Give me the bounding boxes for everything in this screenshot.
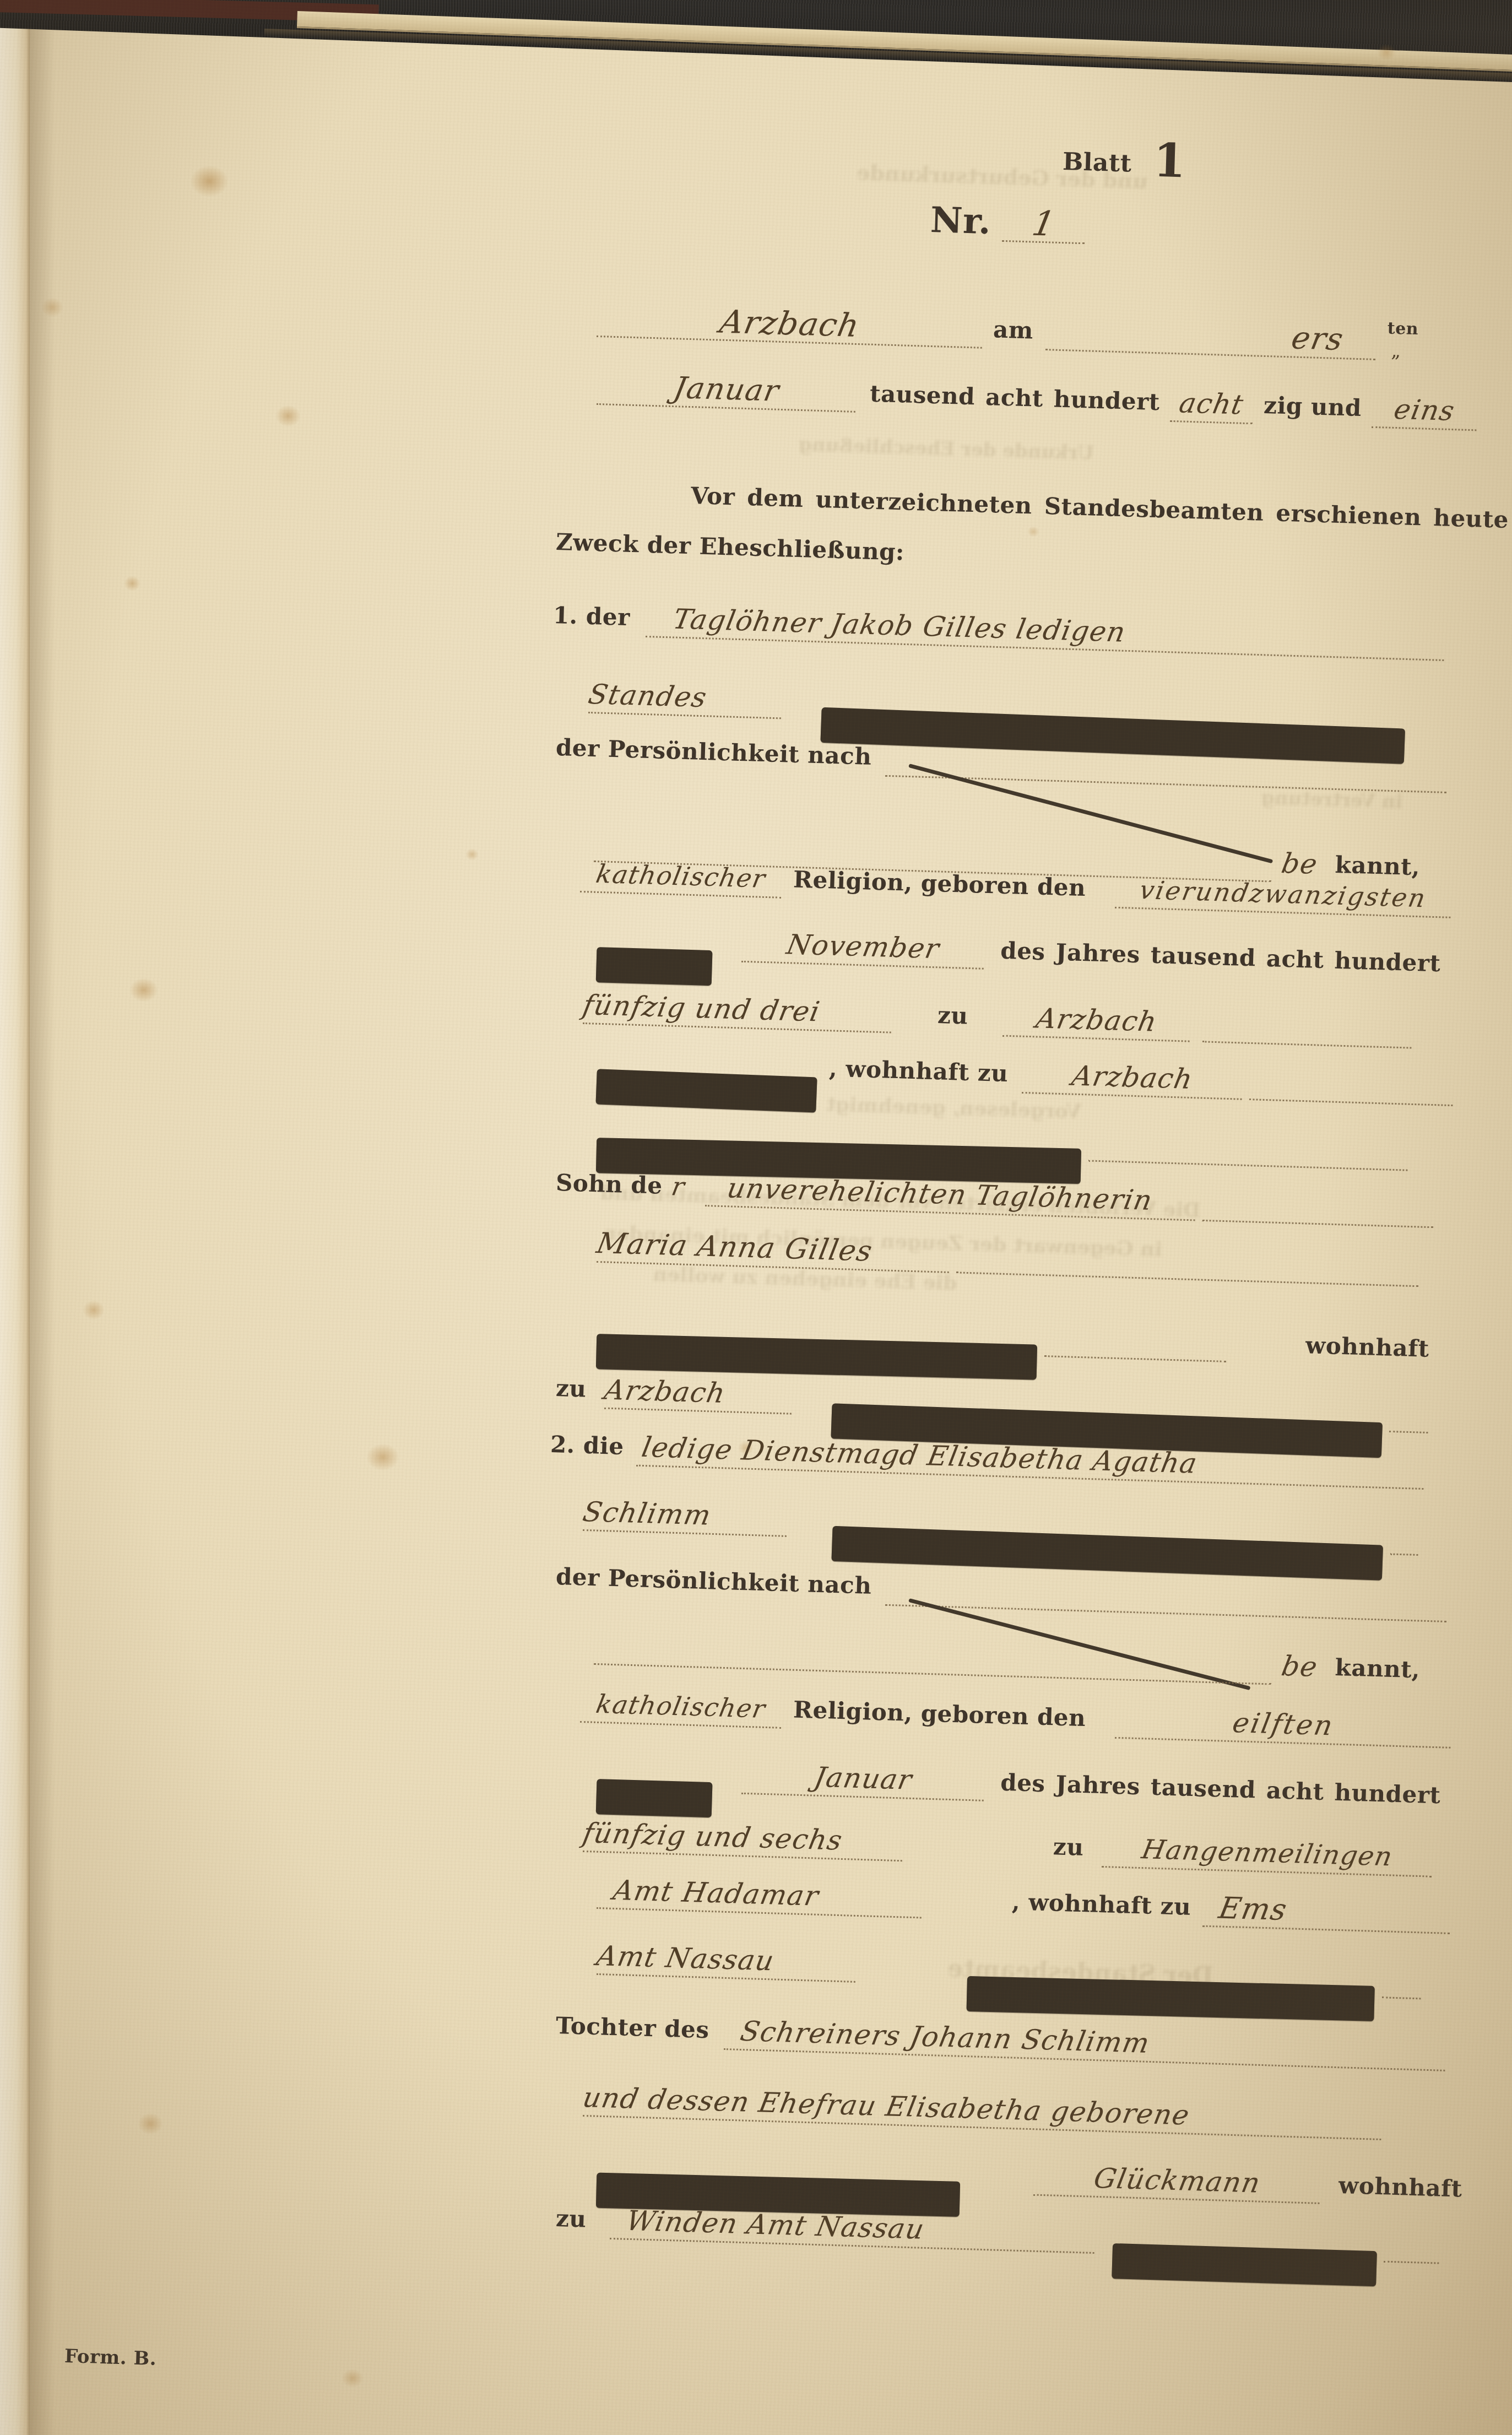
groom-mother-name-row: Maria Anna Gilles [597, 1226, 1420, 1285]
tochter-des-label: Tochter des [555, 2008, 709, 2048]
groom-mother-name: Maria Anna Gilles [594, 1226, 876, 1269]
persoenlichkeit-label: der Persönlichkeit nach [555, 1559, 872, 1604]
month-field: Januar [597, 368, 857, 413]
blank-leader [1044, 1320, 1227, 1362]
groom-birthyear-field: fünfzig und drei [583, 987, 892, 1033]
bride-residence2-row: Amt Nassau [597, 1938, 1422, 1998]
zu-label: zu [555, 2201, 587, 2237]
bride-residence2: Amt Nassau [594, 1938, 777, 1978]
bleed-through-line: Urkunde der Eheschließung [799, 434, 1094, 464]
am-label: am [993, 312, 1034, 348]
day-value: ers [1289, 321, 1347, 358]
register-page-photo: und der Geburtsurkunde in Vertretung Vor… [0, 0, 1512, 2435]
groom-parent-suffix: r [669, 1168, 689, 1204]
kannt-label: kannt, [1335, 1650, 1421, 1688]
groom-mother-description: unverehelichten Taglöhnerin [724, 1170, 1156, 1218]
nr-value: 1 [1029, 206, 1059, 242]
bride-parents-residence-field: Winden Amt Nassau [610, 2203, 1096, 2254]
blank-leader [1390, 1395, 1429, 1433]
groom-religion-field: katholischer [580, 856, 782, 899]
dateline-year-row: Januar tausend acht hundert acht zig und… [597, 368, 1477, 429]
blank-leader [1088, 1125, 1409, 1171]
year-tens-value: acht [1177, 386, 1247, 423]
blank-leader [956, 1236, 1420, 1287]
sohn-de-label: Sohn de [555, 1165, 663, 1204]
ink-cancel-stroke [596, 1334, 1037, 1380]
sheet-number-row: Blatt 1 [1062, 144, 1186, 183]
item1-label: 1. der [552, 598, 631, 635]
groom-item-row: 1. der Taglöhner Jakob Gilles ledigen [552, 598, 1445, 659]
bride-parents-residence-row: zu Winden Amt Nassau [555, 2201, 1440, 2263]
nr-label: Nr. [930, 203, 991, 240]
ink-cancel-stroke [1112, 2243, 1377, 2286]
wohnhaft-label: wohnhaft [1305, 1328, 1429, 1367]
wohnhaft-zu-label: , wohnhaft zu [828, 1051, 1009, 1092]
blank-leader [1390, 1518, 1419, 1556]
groom-mother-residence: Arzbach [601, 1372, 729, 1411]
bride-mother-name: Glückmann [1091, 2161, 1263, 2201]
zu-label: zu [1053, 1829, 1084, 1865]
day-suffix-text: ten [1387, 321, 1418, 338]
year-ones-value: eins [1391, 392, 1457, 429]
groom-residence: Arzbach [1069, 1058, 1196, 1097]
page-edge-shadow [30, 0, 55, 2435]
intro-text-1: Vor dem unterzeichneten Standesbeamten e… [690, 478, 1512, 540]
groom-description: Taglöhner Jakob Gilles ledigen [670, 602, 1129, 650]
groom-birthmonth-field: November [741, 926, 985, 970]
zig-label: zig und [1263, 388, 1362, 426]
groom-residence-row: , wohnhaft zu Arzbach [597, 1044, 1454, 1105]
bride-birthplace2-field: Amt Hadamar [597, 1872, 923, 1918]
bride-birthyear-field: fünfzig und sechs [583, 1815, 903, 1862]
groom-birth-year: fünfzig und drei [580, 987, 823, 1029]
form-code-row: Form. B. [64, 2339, 157, 2377]
form-code: Form. B. [64, 2339, 157, 2377]
zu-label: zu [937, 998, 968, 1034]
day-suffix-quote: „ [1391, 343, 1401, 360]
bride-birthplace-field: Hangenmeilingen [1102, 1831, 1433, 1877]
bride-religion: katholischer [593, 1686, 769, 1727]
intro-line-2: Zweck der Eheschließung: [555, 524, 905, 570]
bride-birth-year: fünfzig und sechs [580, 1815, 846, 1858]
blatt-label: Blatt [1062, 144, 1132, 182]
groom-mother-residence-row: zu Arzbach [555, 1371, 1429, 1432]
bride-mother-name-field: Glückmann [1033, 2159, 1321, 2204]
groom-mother-name-field: Maria Anna Gilles [597, 1226, 950, 1273]
year-tens-field: acht [1170, 385, 1254, 424]
bride-birth-month: Januar [811, 1760, 915, 1798]
groom-description2: Standes [586, 677, 710, 715]
groom-birth-place: Arzbach [1033, 1001, 1160, 1040]
blank-leader [1202, 1005, 1413, 1048]
bride-religion-field: katholischer [580, 1686, 782, 1729]
dateline-place-row: Arzbach am ers ten „ [597, 300, 1426, 360]
bride-description2-field: Schlimm [583, 1494, 788, 1537]
groom-residence-field: Arzbach [1022, 1057, 1243, 1100]
intro-line-1: Vor dem unterzeichneten Standesbeamten e… [690, 478, 1512, 540]
bride-religion-row: katholischer Religion, geboren den eilft… [580, 1686, 1451, 1747]
groom-description2-row: Standes [588, 677, 1406, 736]
bride-mother-name-row: Glückmann wohnhaft [597, 2146, 1462, 2207]
ink-dash [596, 947, 713, 986]
bride-birthplace2-row: Amt Hadamar , wohnhaft zu Ems [597, 1872, 1451, 1933]
groom-description-field: Taglöhner Jakob Gilles ledigen [646, 600, 1445, 661]
bride-mother-row: und dessen Ehefrau Elisabetha geborene [583, 2080, 1382, 2139]
bride-birthmonth-field: Januar [741, 1757, 985, 1801]
bride-birth-day: eilften [1229, 1705, 1337, 1743]
bride-mother-line-field: und dessen Ehefrau Elisabetha geborene [583, 2080, 1382, 2140]
bride-birthyear-row: fünfzig und sechs zu Hangenmeilingen [583, 1815, 1433, 1876]
des-jahres-label: des Jahres tausend acht hundert [1000, 1765, 1441, 1814]
bride-bekannt-prefix: be [1279, 1648, 1321, 1685]
ink-dash [596, 1779, 713, 1817]
bekannt-blank [594, 1628, 1272, 1685]
blatt-number: 1 [1153, 143, 1186, 179]
wohnhaft-label: wohnhaft [1338, 2168, 1462, 2207]
groom-wohnhaft-row: wohnhaft [597, 1307, 1429, 1367]
bride-residence: Ems [1216, 1891, 1290, 1928]
item2-label: 2. die [550, 1427, 624, 1464]
book-fore-edge [0, 0, 30, 2435]
groom-birthyear-row: fünfzig und drei zu Arzbach [583, 987, 1413, 1047]
record-number-row: Nr. 1 [930, 203, 1086, 242]
ink-cancel-stroke [595, 1069, 817, 1112]
bride-father-name: Schreiners Johann Schlimm [738, 2014, 1153, 2061]
bride-residence-field: Ems [1202, 1890, 1451, 1934]
zu-label: zu [555, 1371, 587, 1407]
groom-mother-desc-field: unverehelichten Taglöhnerin [705, 1170, 1196, 1221]
bride-description2: Schlimm [580, 1494, 714, 1533]
place-field: Arzbach [597, 300, 983, 349]
place-value: Arzbach [717, 304, 863, 343]
groom-birthplace-field: Arzbach [1002, 1000, 1191, 1042]
blank-leader [1384, 2226, 1440, 2264]
nr-value-field: 1 [1002, 205, 1086, 244]
day-suffix: ten „ [1383, 323, 1426, 360]
religion-geboren-label: Religion, geboren den [793, 1692, 1086, 1736]
cancelled-blank-row [597, 1110, 1409, 1170]
bride-residence2-field: Amt Nassau [597, 1938, 857, 1983]
bride-mother-line: und dessen Ehefrau Elisabetha geborene [580, 2080, 1193, 2133]
blank-leader [1382, 1961, 1422, 1999]
wohnhaft-zu-label: , wohnhaft zu [1011, 1884, 1191, 1925]
groom-birth-month: November [784, 927, 943, 966]
groom-description2-field: Standes [588, 677, 782, 719]
groom-birthmonth-row: November des Jahres tausend acht hundert [597, 921, 1441, 981]
blank-leader [1249, 1063, 1454, 1106]
des-jahres-label: des Jahres tausend acht hundert [1000, 933, 1441, 982]
tausend-label: tausend acht hundert [869, 376, 1160, 420]
bride-father-field: Schreiners Johann Schlimm [724, 2013, 1446, 2071]
ink-cancel-stroke [967, 1976, 1375, 2021]
blank-leader [1202, 1184, 1435, 1228]
bride-birthday-field: eilften [1115, 1702, 1452, 1749]
year-ones-field: eins [1372, 391, 1477, 431]
intro-text-2: Zweck der Eheschließung: [555, 524, 905, 570]
bride-bekannt-row: be kannt, [594, 1628, 1421, 1687]
bride-birthmonth-row: Januar des Jahres tausend acht hundert [597, 1753, 1441, 1813]
groom-mother-residence-field: Arzbach [604, 1372, 793, 1415]
month-value: Januar [671, 370, 782, 408]
groom-religion: katholischer [593, 856, 769, 896]
bride-description2-row: Schlimm [583, 1494, 1419, 1554]
day-field: ers [1045, 313, 1377, 360]
bride-birth-place2: Amt Hadamar [610, 1873, 822, 1914]
bride-birth-place: Hangenmeilingen [1139, 1832, 1396, 1874]
